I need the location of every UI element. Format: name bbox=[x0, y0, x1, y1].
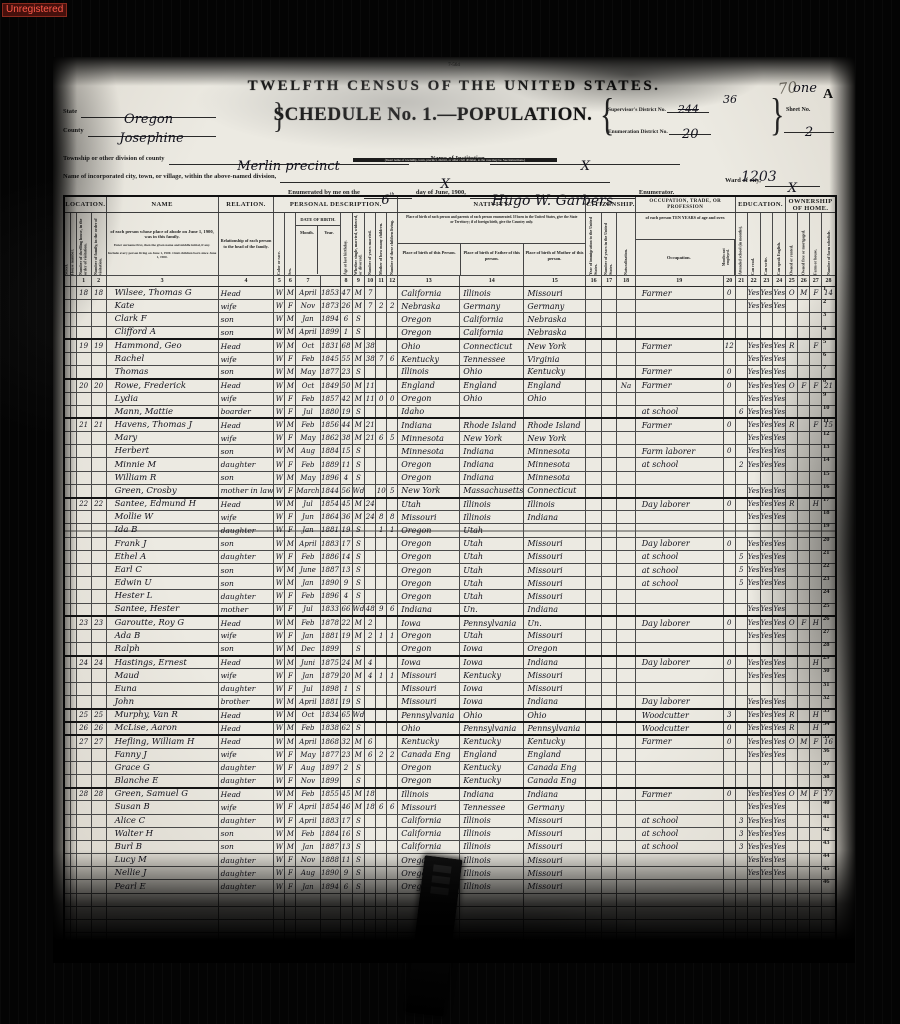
table-row: William RsonWMMay18964SOregonIndianaMinn… bbox=[64, 471, 836, 484]
cell-a bbox=[340, 920, 352, 933]
cell-im bbox=[586, 840, 602, 853]
cell-ed bbox=[735, 735, 747, 748]
cell-rel: son bbox=[218, 577, 274, 590]
cell-o2 bbox=[798, 300, 810, 313]
cell-by: 1868 bbox=[320, 735, 340, 748]
cell-wr: Yes bbox=[760, 656, 773, 669]
cell-o2 bbox=[798, 629, 810, 642]
cell-rel: Head bbox=[218, 287, 274, 300]
cell-yu bbox=[601, 880, 617, 893]
cell-fam: 22 bbox=[91, 498, 106, 511]
line-number: 32 bbox=[823, 691, 845, 704]
cell-ym: 7 bbox=[365, 287, 376, 300]
cell-bm: April bbox=[296, 287, 320, 300]
cell-rd: Yes bbox=[747, 484, 760, 497]
cell-nz bbox=[617, 840, 635, 853]
cell-fam: 19 bbox=[91, 339, 106, 352]
cell-mo bbox=[723, 682, 735, 695]
cell-mc bbox=[376, 563, 387, 576]
cell-s: M bbox=[285, 379, 296, 392]
cell-o2 bbox=[798, 906, 810, 919]
cell-wr bbox=[760, 590, 773, 603]
cell-dw bbox=[76, 537, 91, 550]
cell-o2 bbox=[798, 774, 810, 787]
row-numbers: 1234567891011121314151617181920212223242… bbox=[823, 282, 845, 889]
cell-yu bbox=[601, 893, 617, 906]
cell-mc bbox=[376, 445, 387, 458]
cell-m: S bbox=[352, 814, 365, 827]
cell-oc bbox=[635, 484, 723, 497]
cell-m: S bbox=[352, 577, 365, 590]
cell-ym bbox=[365, 814, 376, 827]
cell-o3: H bbox=[810, 709, 822, 722]
cell-nz bbox=[617, 695, 635, 708]
column-number: 14 bbox=[460, 276, 524, 287]
cell-en: Yes bbox=[773, 379, 786, 392]
cell-ym: 11 bbox=[365, 392, 376, 405]
cell-ym: 24 bbox=[365, 511, 376, 524]
table-row: Mollie WwifeWFJun186436M2488MissouriIlli… bbox=[64, 511, 836, 524]
cell-rel: daughter bbox=[218, 524, 274, 537]
cell-p2: Illinois bbox=[460, 840, 524, 853]
cell-ym: 6 bbox=[365, 735, 376, 748]
cell-ed bbox=[735, 313, 747, 326]
cell-o2 bbox=[798, 695, 810, 708]
cell-bm: Nov bbox=[296, 854, 320, 867]
cell-nm: Rowe, Frederick bbox=[106, 379, 218, 392]
cell-o2 bbox=[798, 471, 810, 484]
cell-nz bbox=[617, 313, 635, 326]
cell-nm: Hastings, Ernest bbox=[106, 656, 218, 669]
cell-rd bbox=[747, 920, 760, 933]
cell-nm: Santee, Edmund H bbox=[106, 498, 218, 511]
table-row: MarywifeWFMay186238M2165MinnesotaNew Yor… bbox=[64, 432, 836, 445]
cell-nz bbox=[617, 484, 635, 497]
cell-p3 bbox=[524, 893, 586, 906]
cell-c: W bbox=[274, 748, 285, 761]
cell-mo bbox=[723, 352, 735, 365]
cell-o3 bbox=[810, 313, 822, 326]
cell-m: S bbox=[352, 471, 365, 484]
cell-nm: Blanche E bbox=[106, 774, 218, 787]
line-number: 29 bbox=[823, 651, 845, 664]
cell-mo: 0 bbox=[723, 287, 735, 300]
cell-by: 1856 bbox=[320, 418, 340, 431]
cell-p3: Missouri bbox=[524, 854, 586, 867]
table-row: Clifford AsonWMApril18991SOregonCaliforn… bbox=[64, 326, 836, 339]
cell-c: W bbox=[274, 511, 285, 524]
table-row: Blanche EdaughterWFNov1899SOregonKentuck… bbox=[64, 774, 836, 787]
cell-rd bbox=[747, 471, 760, 484]
cell-dw bbox=[76, 300, 91, 313]
cell-rel: Head bbox=[218, 722, 274, 735]
attended-school-column-header: Attended school (in months). bbox=[735, 213, 747, 276]
cell-by: 1845 bbox=[320, 352, 340, 365]
cell-cl bbox=[387, 906, 398, 919]
cell-bm: May bbox=[296, 471, 320, 484]
cell-wr: Yes bbox=[760, 458, 773, 471]
census-sheet: 7-564 TWELFTH CENSUS OF THE UNITED STATE… bbox=[53, 57, 855, 963]
cell-o1: O bbox=[786, 616, 798, 629]
cell-yu bbox=[601, 366, 617, 379]
cell-yu bbox=[601, 339, 617, 352]
column-number: 25 bbox=[786, 276, 798, 287]
cell-cl bbox=[387, 537, 398, 550]
column-number: 13 bbox=[398, 276, 460, 287]
cell-rd: Yes bbox=[747, 788, 760, 801]
cell-o2: M bbox=[798, 735, 810, 748]
cell-m: Wd bbox=[352, 484, 365, 497]
month-column-header: Month. bbox=[296, 226, 318, 274]
naturalization-column-header: Naturalization. bbox=[617, 213, 635, 276]
cell-bm: May bbox=[296, 432, 320, 445]
education-group-label: EDUCATION. bbox=[735, 196, 786, 213]
cell-ed bbox=[735, 867, 747, 880]
cell-a: 23 bbox=[340, 366, 352, 379]
cell-oc bbox=[635, 300, 723, 313]
cell-cl: 2 bbox=[387, 300, 398, 313]
cell-cl: 5 bbox=[387, 432, 398, 445]
line-number: 24 bbox=[823, 585, 845, 598]
cell-ed bbox=[735, 761, 747, 774]
cell-fam bbox=[91, 392, 106, 405]
cell-m: S bbox=[352, 563, 365, 576]
cell-o2 bbox=[798, 537, 810, 550]
line-number: 39 bbox=[823, 783, 845, 796]
column-number: 12 bbox=[387, 276, 398, 287]
cell-wr: Yes bbox=[760, 445, 773, 458]
cell-p1: Oregon bbox=[398, 577, 460, 590]
cell-mo bbox=[723, 801, 735, 814]
cell-c: W bbox=[274, 563, 285, 576]
owned-or-rented-column-header: Owned or rented. bbox=[786, 213, 798, 276]
line-number: 26 bbox=[823, 612, 845, 625]
cell-p2: Iowa bbox=[460, 643, 524, 656]
family-number-column-header: Number of family, in the order of visita… bbox=[91, 213, 106, 276]
cell-c: W bbox=[274, 880, 285, 893]
cell-a: 19 bbox=[340, 629, 352, 642]
cell-s: M bbox=[285, 366, 296, 379]
cell-rel: daughter bbox=[218, 590, 274, 603]
occupation-sub-header: of each person TEN YEARS of age and over… bbox=[635, 213, 735, 276]
cell-c: W bbox=[274, 287, 285, 300]
supervisor-underline: 244 bbox=[667, 103, 709, 113]
cell-mo bbox=[723, 471, 735, 484]
cell-dw bbox=[76, 511, 91, 524]
cell-s: M bbox=[285, 339, 296, 352]
cell-yu bbox=[601, 933, 617, 946]
cell-o1 bbox=[786, 445, 798, 458]
cell-o2 bbox=[798, 709, 810, 722]
cell-wr: Yes bbox=[760, 287, 773, 300]
cell-a: 13 bbox=[340, 840, 352, 853]
line-number: 42 bbox=[823, 823, 845, 836]
cell-mc bbox=[376, 471, 387, 484]
sheet-no-label: Sheet No. bbox=[786, 107, 810, 113]
cell-oc: at school bbox=[635, 405, 723, 418]
cell-o3 bbox=[810, 695, 822, 708]
cell-yu bbox=[601, 722, 617, 735]
children-living-column-header: Number of these children living. bbox=[387, 213, 398, 276]
table-row: Ada BwifeWFJan188119M211OregonUtahMissou… bbox=[64, 629, 836, 642]
farm-or-house-column-header: Farm or house. bbox=[810, 213, 822, 276]
cell-a: 65 bbox=[340, 709, 352, 722]
cell-wr bbox=[760, 471, 773, 484]
cell-mc bbox=[376, 616, 387, 629]
cell-s: M bbox=[285, 498, 296, 511]
cell-o1 bbox=[786, 695, 798, 708]
cell-dw bbox=[76, 748, 91, 761]
cell-oc: Farmer bbox=[635, 788, 723, 801]
cell-rd: Yes bbox=[747, 695, 760, 708]
cell-by: 1862 bbox=[320, 432, 340, 445]
cell-cl bbox=[387, 774, 398, 787]
cell-o1 bbox=[786, 537, 798, 550]
cell-p2: Pennsylvania bbox=[460, 722, 524, 735]
cell-by bbox=[320, 893, 340, 906]
cell-o3 bbox=[810, 471, 822, 484]
cell-p2 bbox=[460, 933, 524, 946]
cell-o3 bbox=[810, 854, 822, 867]
cell-s: F bbox=[285, 300, 296, 313]
cell-c bbox=[274, 893, 285, 906]
cell-s: F bbox=[285, 669, 296, 682]
cell-mc bbox=[376, 656, 387, 669]
cell-cl bbox=[387, 854, 398, 867]
cell-bm: Jul bbox=[296, 682, 320, 695]
cell-o3 bbox=[810, 366, 822, 379]
cell-m: M bbox=[352, 616, 365, 629]
cell-wr: Yes bbox=[760, 722, 773, 735]
cell-p1: Oregon bbox=[398, 458, 460, 471]
cell-mc: 1 bbox=[376, 629, 387, 642]
cell-c: W bbox=[274, 709, 285, 722]
cell-p3: Un. bbox=[524, 616, 586, 629]
cell-m: S bbox=[352, 445, 365, 458]
cell-p3: Indiana bbox=[524, 656, 586, 669]
cell-m: S bbox=[352, 854, 365, 867]
cell-nz bbox=[617, 801, 635, 814]
cell-nm: McLise, Aaron bbox=[106, 722, 218, 735]
cell-dw: 25 bbox=[76, 709, 91, 722]
cell-rd: Yes bbox=[747, 445, 760, 458]
cell-mo bbox=[723, 313, 735, 326]
cell-rd: Yes bbox=[747, 537, 760, 550]
cell-ed bbox=[735, 445, 747, 458]
cell-s: M bbox=[285, 788, 296, 801]
cell-nz bbox=[617, 352, 635, 365]
immigration-year-column-header: Year of immigration to the United States… bbox=[586, 213, 602, 276]
cell-yu bbox=[601, 814, 617, 827]
cell-by: 1899 bbox=[320, 643, 340, 656]
cell-mc: 1 bbox=[376, 669, 387, 682]
cell-en bbox=[773, 920, 786, 933]
cell-s: F bbox=[285, 814, 296, 827]
cell-s: M bbox=[285, 287, 296, 300]
cell-p3: Pennsylvania bbox=[524, 722, 586, 735]
cell-s: F bbox=[285, 748, 296, 761]
cell-wr: Yes bbox=[760, 550, 773, 563]
cell-fam: 28 bbox=[91, 788, 106, 801]
cell-dw bbox=[76, 313, 91, 326]
cell-nz bbox=[617, 616, 635, 629]
relation-column-header: Relationship of each person to the head … bbox=[218, 213, 274, 276]
cell-p3: Missouri bbox=[524, 867, 586, 880]
table-row: Hester LdaughterWFFeb18964SOregonUtahMis… bbox=[64, 590, 836, 603]
cell-mo: 12 bbox=[723, 339, 735, 352]
cell-ym bbox=[365, 774, 376, 787]
line-number: 10 bbox=[823, 401, 845, 414]
table-row: KatewifeWFNov187326M722NebraskaGermanyGe… bbox=[64, 300, 836, 313]
cell-wr bbox=[760, 906, 773, 919]
can-read-column-header: Can read. bbox=[747, 213, 760, 276]
cell-p3: Germany bbox=[524, 300, 586, 313]
cell-c: W bbox=[274, 840, 285, 853]
cell-rel: Head bbox=[218, 339, 274, 352]
cell-c: W bbox=[274, 814, 285, 827]
cell-bm: May bbox=[296, 366, 320, 379]
cell-p3 bbox=[524, 524, 586, 537]
table-row: RalphsonWMDec1899SOregonIowaOregon bbox=[64, 643, 836, 656]
cell-ed bbox=[735, 524, 747, 537]
cell-mo bbox=[723, 854, 735, 867]
cell-m: S bbox=[352, 550, 365, 563]
cell-fam bbox=[91, 471, 106, 484]
cell-ed: 3 bbox=[735, 827, 747, 840]
cell-ed bbox=[735, 511, 747, 524]
cell-oc bbox=[635, 867, 723, 880]
cell-rel: daughter bbox=[218, 774, 274, 787]
cell-p1: Indiana bbox=[398, 603, 460, 616]
cell-im bbox=[586, 906, 602, 919]
cell-dw bbox=[76, 366, 91, 379]
cell-a: 6 bbox=[340, 313, 352, 326]
cell-o2 bbox=[798, 814, 810, 827]
cell-oc: Day laborer bbox=[635, 616, 723, 629]
cell-en bbox=[773, 682, 786, 695]
cell-mo bbox=[723, 867, 735, 880]
cell-o3 bbox=[810, 669, 822, 682]
cell-bm: Jan bbox=[296, 629, 320, 642]
date-of-birth-header: DATE OF BIRTH. Month. Year. bbox=[296, 213, 340, 276]
line-number: 46 bbox=[823, 875, 845, 888]
cell-o1 bbox=[786, 643, 798, 656]
mother-of-children-column-header: Mother of how many children. bbox=[376, 213, 387, 276]
cell-p1: Oregon bbox=[398, 643, 460, 656]
cell-p2: Tennessee bbox=[460, 352, 524, 365]
cell-mc bbox=[376, 366, 387, 379]
cell-ed: 3 bbox=[735, 814, 747, 827]
cell-ym bbox=[365, 709, 376, 722]
cell-bm: Oct bbox=[296, 709, 320, 722]
cell-p1: Missouri bbox=[398, 682, 460, 695]
cell-ed bbox=[735, 695, 747, 708]
cell-p2: Illinois bbox=[460, 498, 524, 511]
cell-a: 56 bbox=[340, 484, 352, 497]
cell-oc bbox=[635, 682, 723, 695]
cell-nm: Mary bbox=[106, 432, 218, 445]
cell-cl bbox=[387, 471, 398, 484]
cell-im bbox=[586, 735, 602, 748]
cell-mc bbox=[376, 880, 387, 893]
cell-fam bbox=[91, 484, 106, 497]
cell-cl bbox=[387, 458, 398, 471]
column-number: 3 bbox=[106, 276, 218, 287]
cell-ym: 11 bbox=[365, 379, 376, 392]
cell-cl bbox=[387, 933, 398, 946]
cell-yu bbox=[601, 682, 617, 695]
line-number: 2 bbox=[823, 295, 845, 308]
cell-p1: Illinois bbox=[398, 788, 460, 801]
cell-nm: Herbert bbox=[106, 445, 218, 458]
cell-ed: 5 bbox=[735, 577, 747, 590]
cell-rel: wife bbox=[218, 392, 274, 405]
cell-s: F bbox=[285, 867, 296, 880]
line-number: 9 bbox=[823, 388, 845, 401]
line-number: 17 bbox=[823, 493, 845, 506]
cell-en: Yes bbox=[773, 484, 786, 497]
cell-p1: Oregon bbox=[398, 774, 460, 787]
cell-en: Yes bbox=[773, 418, 786, 431]
cell-en bbox=[773, 774, 786, 787]
cell-cl bbox=[387, 498, 398, 511]
cell-rel: daughter bbox=[218, 814, 274, 827]
cell-oc: Farmer bbox=[635, 287, 723, 300]
cell-mo bbox=[723, 326, 735, 339]
cell-wr: Yes bbox=[760, 405, 773, 418]
cell-bm: April bbox=[296, 814, 320, 827]
cell-s: M bbox=[285, 326, 296, 339]
cell-p2: Indiana bbox=[460, 445, 524, 458]
cell-p1: Oregon bbox=[398, 550, 460, 563]
cell-o4 bbox=[822, 893, 836, 906]
cell-im bbox=[586, 471, 602, 484]
cell-fam bbox=[91, 840, 106, 853]
cell-ed bbox=[735, 537, 747, 550]
line-number: 25 bbox=[823, 599, 845, 612]
cell-rel: wife bbox=[218, 748, 274, 761]
citizenship-group-label: CITIZENSHIP. bbox=[586, 196, 635, 213]
cell-bm bbox=[296, 893, 320, 906]
dwelling-number-column-header: Number of dwelling house, in the order o… bbox=[76, 213, 91, 276]
cell-o3 bbox=[810, 458, 822, 471]
cell-rel: Head bbox=[218, 735, 274, 748]
occupation-group-label: OCCUPATION, TRADE, OR PROFESSION bbox=[635, 196, 735, 213]
cell-nz bbox=[617, 735, 635, 748]
cell-mo bbox=[723, 920, 735, 933]
cell-en: Yes bbox=[773, 603, 786, 616]
ward-value: X bbox=[788, 181, 797, 196]
cell-s: F bbox=[285, 511, 296, 524]
cell-yu bbox=[601, 287, 617, 300]
cell-o2: F bbox=[798, 616, 810, 629]
cell-fam: 20 bbox=[91, 379, 106, 392]
cell-a: 9 bbox=[340, 867, 352, 880]
cell-p1: Kentucky bbox=[398, 352, 460, 365]
cell-en: Yes bbox=[773, 709, 786, 722]
cell-s: M bbox=[285, 537, 296, 550]
cell-c: W bbox=[274, 471, 285, 484]
cell-p3: Missouri bbox=[524, 287, 586, 300]
cell-o3 bbox=[810, 880, 822, 893]
cell-oc bbox=[635, 603, 723, 616]
cell-o1 bbox=[786, 867, 798, 880]
cell-dw: 27 bbox=[76, 735, 91, 748]
cell-en: Yes bbox=[773, 352, 786, 365]
cell-nm bbox=[106, 920, 218, 933]
cell-p3: New York bbox=[524, 432, 586, 445]
cell-p3: England bbox=[524, 748, 586, 761]
